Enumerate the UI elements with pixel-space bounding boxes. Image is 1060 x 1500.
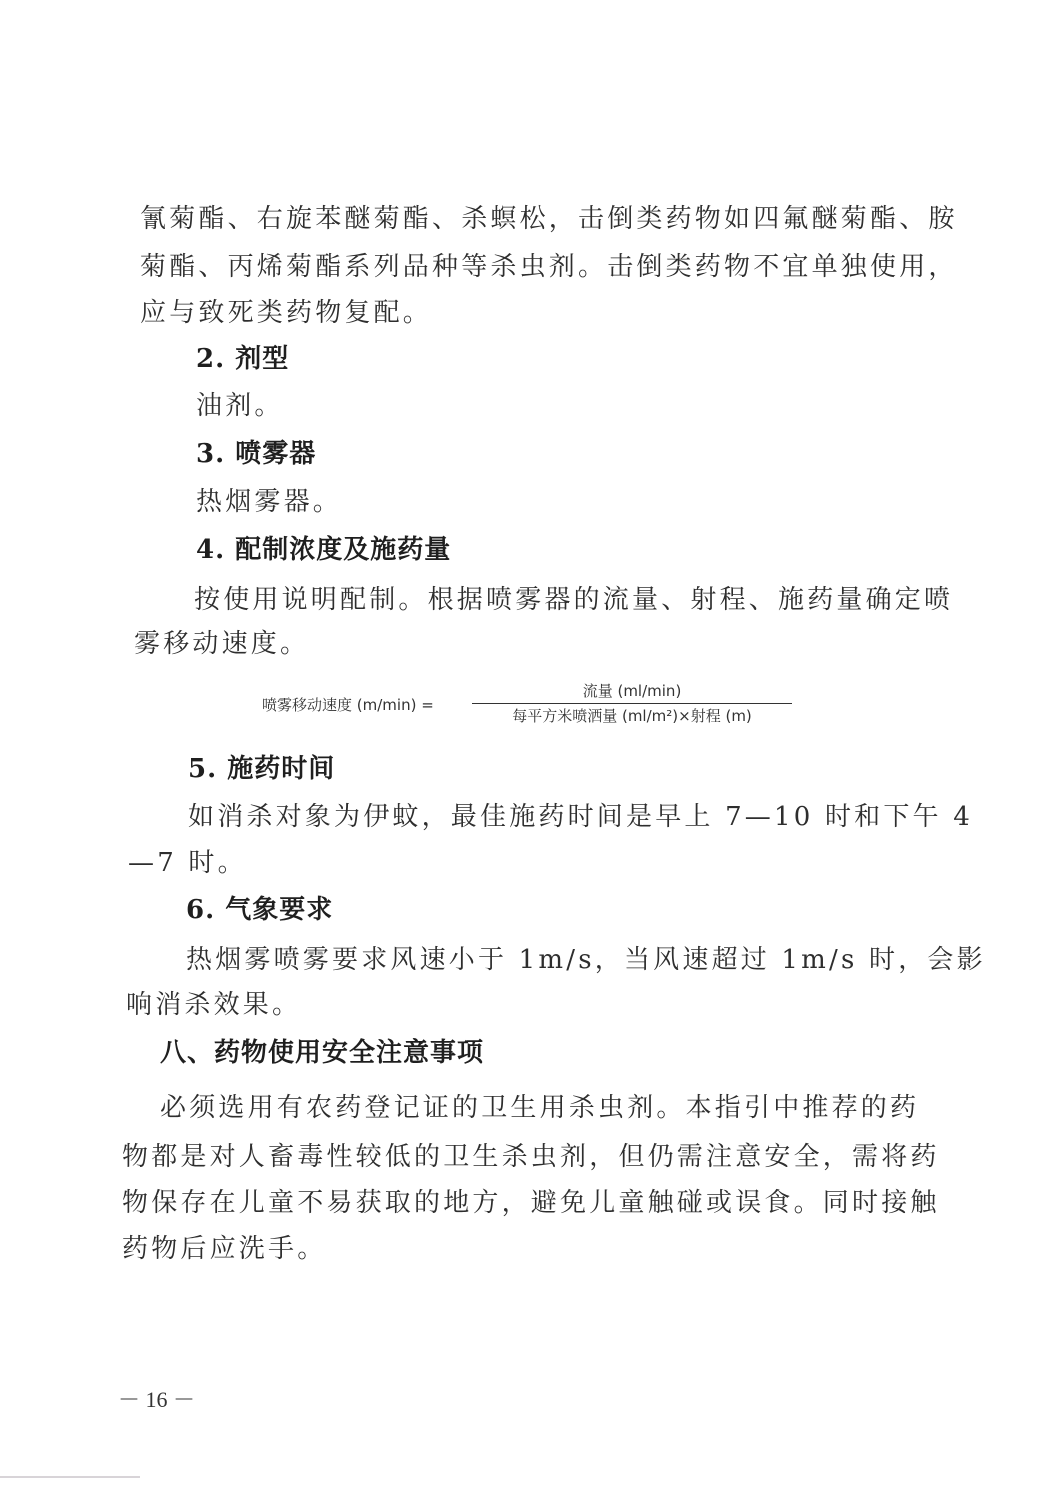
item-heading-dosage-form: 2. 剂型	[196, 342, 289, 376]
section-body-safety: 必须选用有农药登记证的卫生用杀虫剂。本指引中推荐的药	[160, 1091, 919, 1125]
item-body-sprayer: 热烟雾器。	[196, 485, 342, 519]
formula-numerator: 流量 (ml/min)	[472, 680, 792, 702]
item-body-dosage-form: 油剂。	[196, 389, 284, 423]
item-heading-timing: 5. 施药时间	[188, 752, 335, 786]
formula-denominator: 每平方米喷洒量 (ml/m²)×射程 (m)	[472, 705, 792, 727]
bottom-rule	[0, 1476, 140, 1478]
item-heading-concentration: 4. 配制浓度及施药量	[196, 533, 451, 567]
item-heading-weather: 6. 气象要求	[186, 893, 333, 927]
section-heading-safety: 八、药物使用安全注意事项	[160, 1036, 484, 1070]
section-body-safety: 物保存在儿童不易获取的地方，避免儿童触碰或误食。同时接触	[122, 1186, 940, 1220]
item-body-timing: —7 时。	[128, 846, 247, 880]
formula-fraction: 流量 (ml/min) 每平方米喷洒量 (ml/m²)×射程 (m)	[472, 680, 792, 727]
section-body-safety: 物都是对人畜毒性较低的卫生杀虫剂，但仍需注意安全，需将药	[122, 1140, 940, 1174]
section-body-safety: 药物后应洗手。	[122, 1232, 326, 1266]
item-body-timing: 如消杀对象为伊蚊，最佳施药时间是早上 7—10 时和下午 4	[188, 800, 973, 834]
fraction-bar	[472, 703, 792, 704]
paragraph-line: 氰菊酯、右旋苯醚菊酯、杀螟松，击倒类药物如四氟醚菊酯、胺	[140, 202, 958, 236]
formula-lhs: 喷雾移动速度 (m/min) =	[262, 694, 434, 715]
item-heading-sprayer: 3. 喷雾器	[196, 437, 316, 471]
paragraph-line: 菊酯、丙烯菊酯系列品种等杀虫剂。击倒类药物不宜单独使用，	[140, 250, 958, 284]
spray-speed-formula: 喷雾移动速度 (m/min) = 流量 (ml/min) 每平方米喷洒量 (ml…	[262, 680, 792, 732]
item-body-weather: 响消杀效果。	[126, 988, 301, 1022]
document-page: 氰菊酯、右旋苯醚菊酯、杀螟松，击倒类药物如四氟醚菊酯、胺 菊酯、丙烯菊酯系列品种…	[0, 0, 1060, 1500]
item-body-concentration: 雾移动速度。	[134, 627, 309, 661]
page-number: － 16 －	[118, 1383, 195, 1414]
item-body-weather: 热烟雾喷雾要求风速小于 1m/s，当风速超过 1m/s 时，会影	[186, 943, 986, 977]
paragraph-line: 应与致死类药物复配。	[140, 296, 432, 330]
item-body-concentration: 按使用说明配制。根据喷雾器的流量、射程、施药量确定喷	[194, 583, 953, 617]
